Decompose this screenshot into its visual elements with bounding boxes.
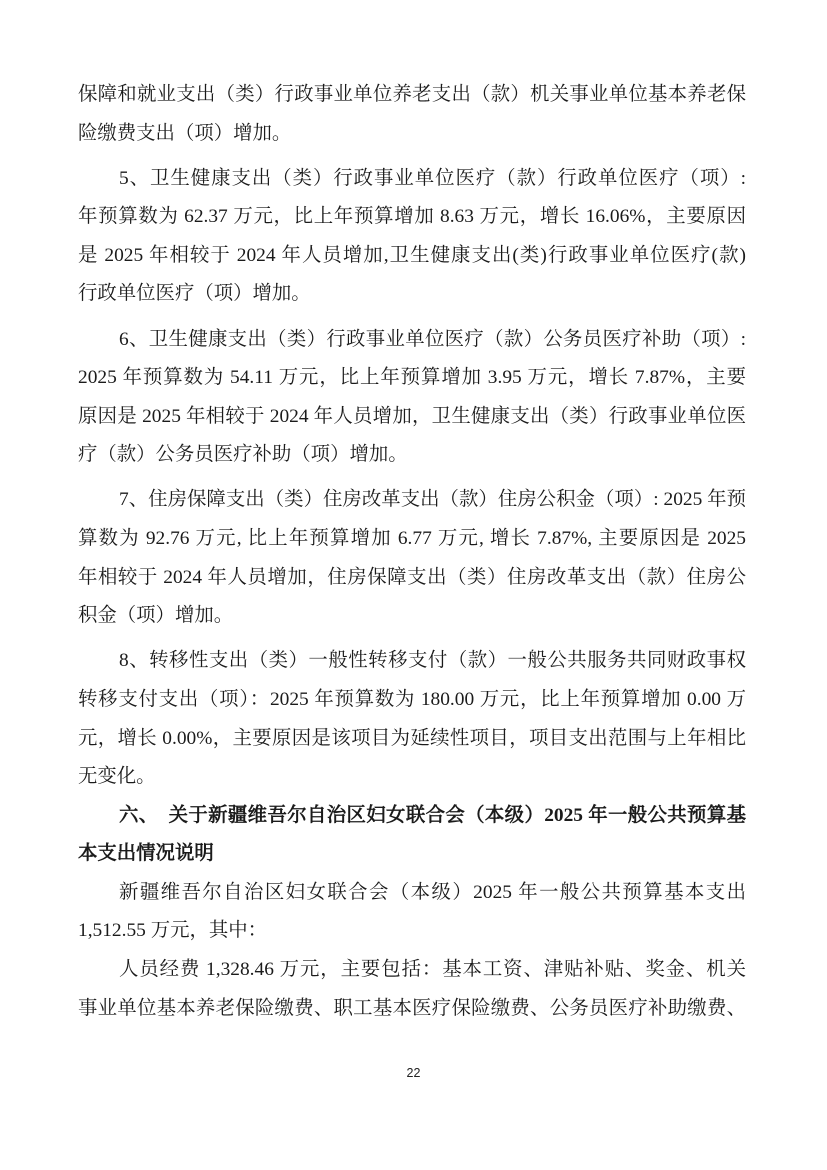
text-line: 无变化。 [78,758,746,797]
text-line: 事业单位基本养老保险缴费、职工基本医疗保险缴费、公务员医疗补助缴费、 [78,990,746,1029]
heading-line: 本支出情况说明 [78,835,746,874]
text-line: 7、住房保障支出（类）住房改革支出（款）住房公积金（项）: 2025 年预 [78,481,746,520]
text-line: 元，增长 0.00%，主要原因是该项目为延续性项目，项目支出范围与上年相比 [78,720,746,759]
paragraph-item-8-transfer-payment: 8、转移性支出（类）一般性转移支付（款）一般公共服务共同财政事权 转移支付支出（… [78,642,746,796]
heading-line: 六、 关于新疆维吾尔自治区妇女联合会（本级）2025 年一般公共预算基 [78,797,746,836]
text-line: 行政单位医疗（项）增加。 [78,275,746,314]
document-page: 保障和就业支出（类）行政事业单位养老支出（款）机关事业单位基本养老保 险缴费支出… [0,0,827,1170]
text-line: 人员经费 1,328.46 万元，主要包括：基本工资、津贴补贴、奖金、机关 [78,951,746,990]
paragraph-item-7-housing-fund: 7、住房保障支出（类）住房改革支出（款）住房公积金（项）: 2025 年预 算数… [78,481,746,635]
paragraph-pension-continuation: 保障和就业支出（类）行政事业单位养老支出（款）机关事业单位基本养老保 险缴费支出… [78,76,746,153]
text-line: 8、转移性支出（类）一般性转移支付（款）一般公共服务共同财政事权 [78,642,746,681]
paragraph-personnel-expense: 人员经费 1,328.46 万元，主要包括：基本工资、津贴补贴、奖金、机关 事业… [78,951,746,1028]
text-line: 原因是 2025 年相较于 2024 年人员增加，卫生健康支出（类）行政事业单位… [78,398,746,437]
text-line: 是 2025 年相较于 2024 年人员增加,卫生健康支出(类)行政事业单位医疗… [78,237,746,276]
paragraph-basic-expenditure-total: 新疆维吾尔自治区妇女联合会（本级）2025 年一般公共预算基本支出 1,512.… [78,874,746,951]
page-number: 22 [0,1066,827,1080]
text-line: 6、卫生健康支出（类）行政事业单位医疗（款）公务员医疗补助（项）: [78,321,746,360]
text-line: 年相较于 2024 年人员增加，住房保障支出（类）住房改革支出（款）住房公 [78,559,746,598]
text-line: 1,512.55 万元，其中： [78,912,746,951]
text-line: 2025 年预算数为 54.11 万元，比上年预算增加 3.95 万元，增长 7… [78,359,746,398]
text-line: 转移支付支出（项）：2025 年预算数为 180.00 万元，比上年预算增加 0… [78,681,746,720]
document-body: 保障和就业支出（类）行政事业单位养老支出（款）机关事业单位基本养老保 险缴费支出… [78,76,746,1028]
section-6-heading: 六、 关于新疆维吾尔自治区妇女联合会（本级）2025 年一般公共预算基 本支出情… [78,797,746,874]
text-line: 算数为 92.76 万元, 比上年预算增加 6.77 万元, 增长 7.87%,… [78,520,746,559]
text-line: 年预算数为 62.37 万元，比上年预算增加 8.63 万元，增长 16.06%… [78,198,746,237]
text-line: 险缴费支出（项）增加。 [78,115,746,154]
text-line: 疗（款）公务员医疗补助（项）增加。 [78,436,746,475]
text-line: 新疆维吾尔自治区妇女联合会（本级）2025 年一般公共预算基本支出 [78,874,746,913]
paragraph-item-6-civil-servant-medical: 6、卫生健康支出（类）行政事业单位医疗（款）公务员医疗补助（项）: 2025 年… [78,321,746,475]
text-line: 保障和就业支出（类）行政事业单位养老支出（款）机关事业单位基本养老保 [78,76,746,115]
text-line: 积金（项）增加。 [78,597,746,636]
paragraph-item-5-health-admin-medical: 5、卫生健康支出（类）行政事业单位医疗（款）行政单位医疗（项）: 2025 年预… [78,160,746,314]
text-line: 5、卫生健康支出（类）行政事业单位医疗（款）行政单位医疗（项）: 2025 [78,160,746,199]
